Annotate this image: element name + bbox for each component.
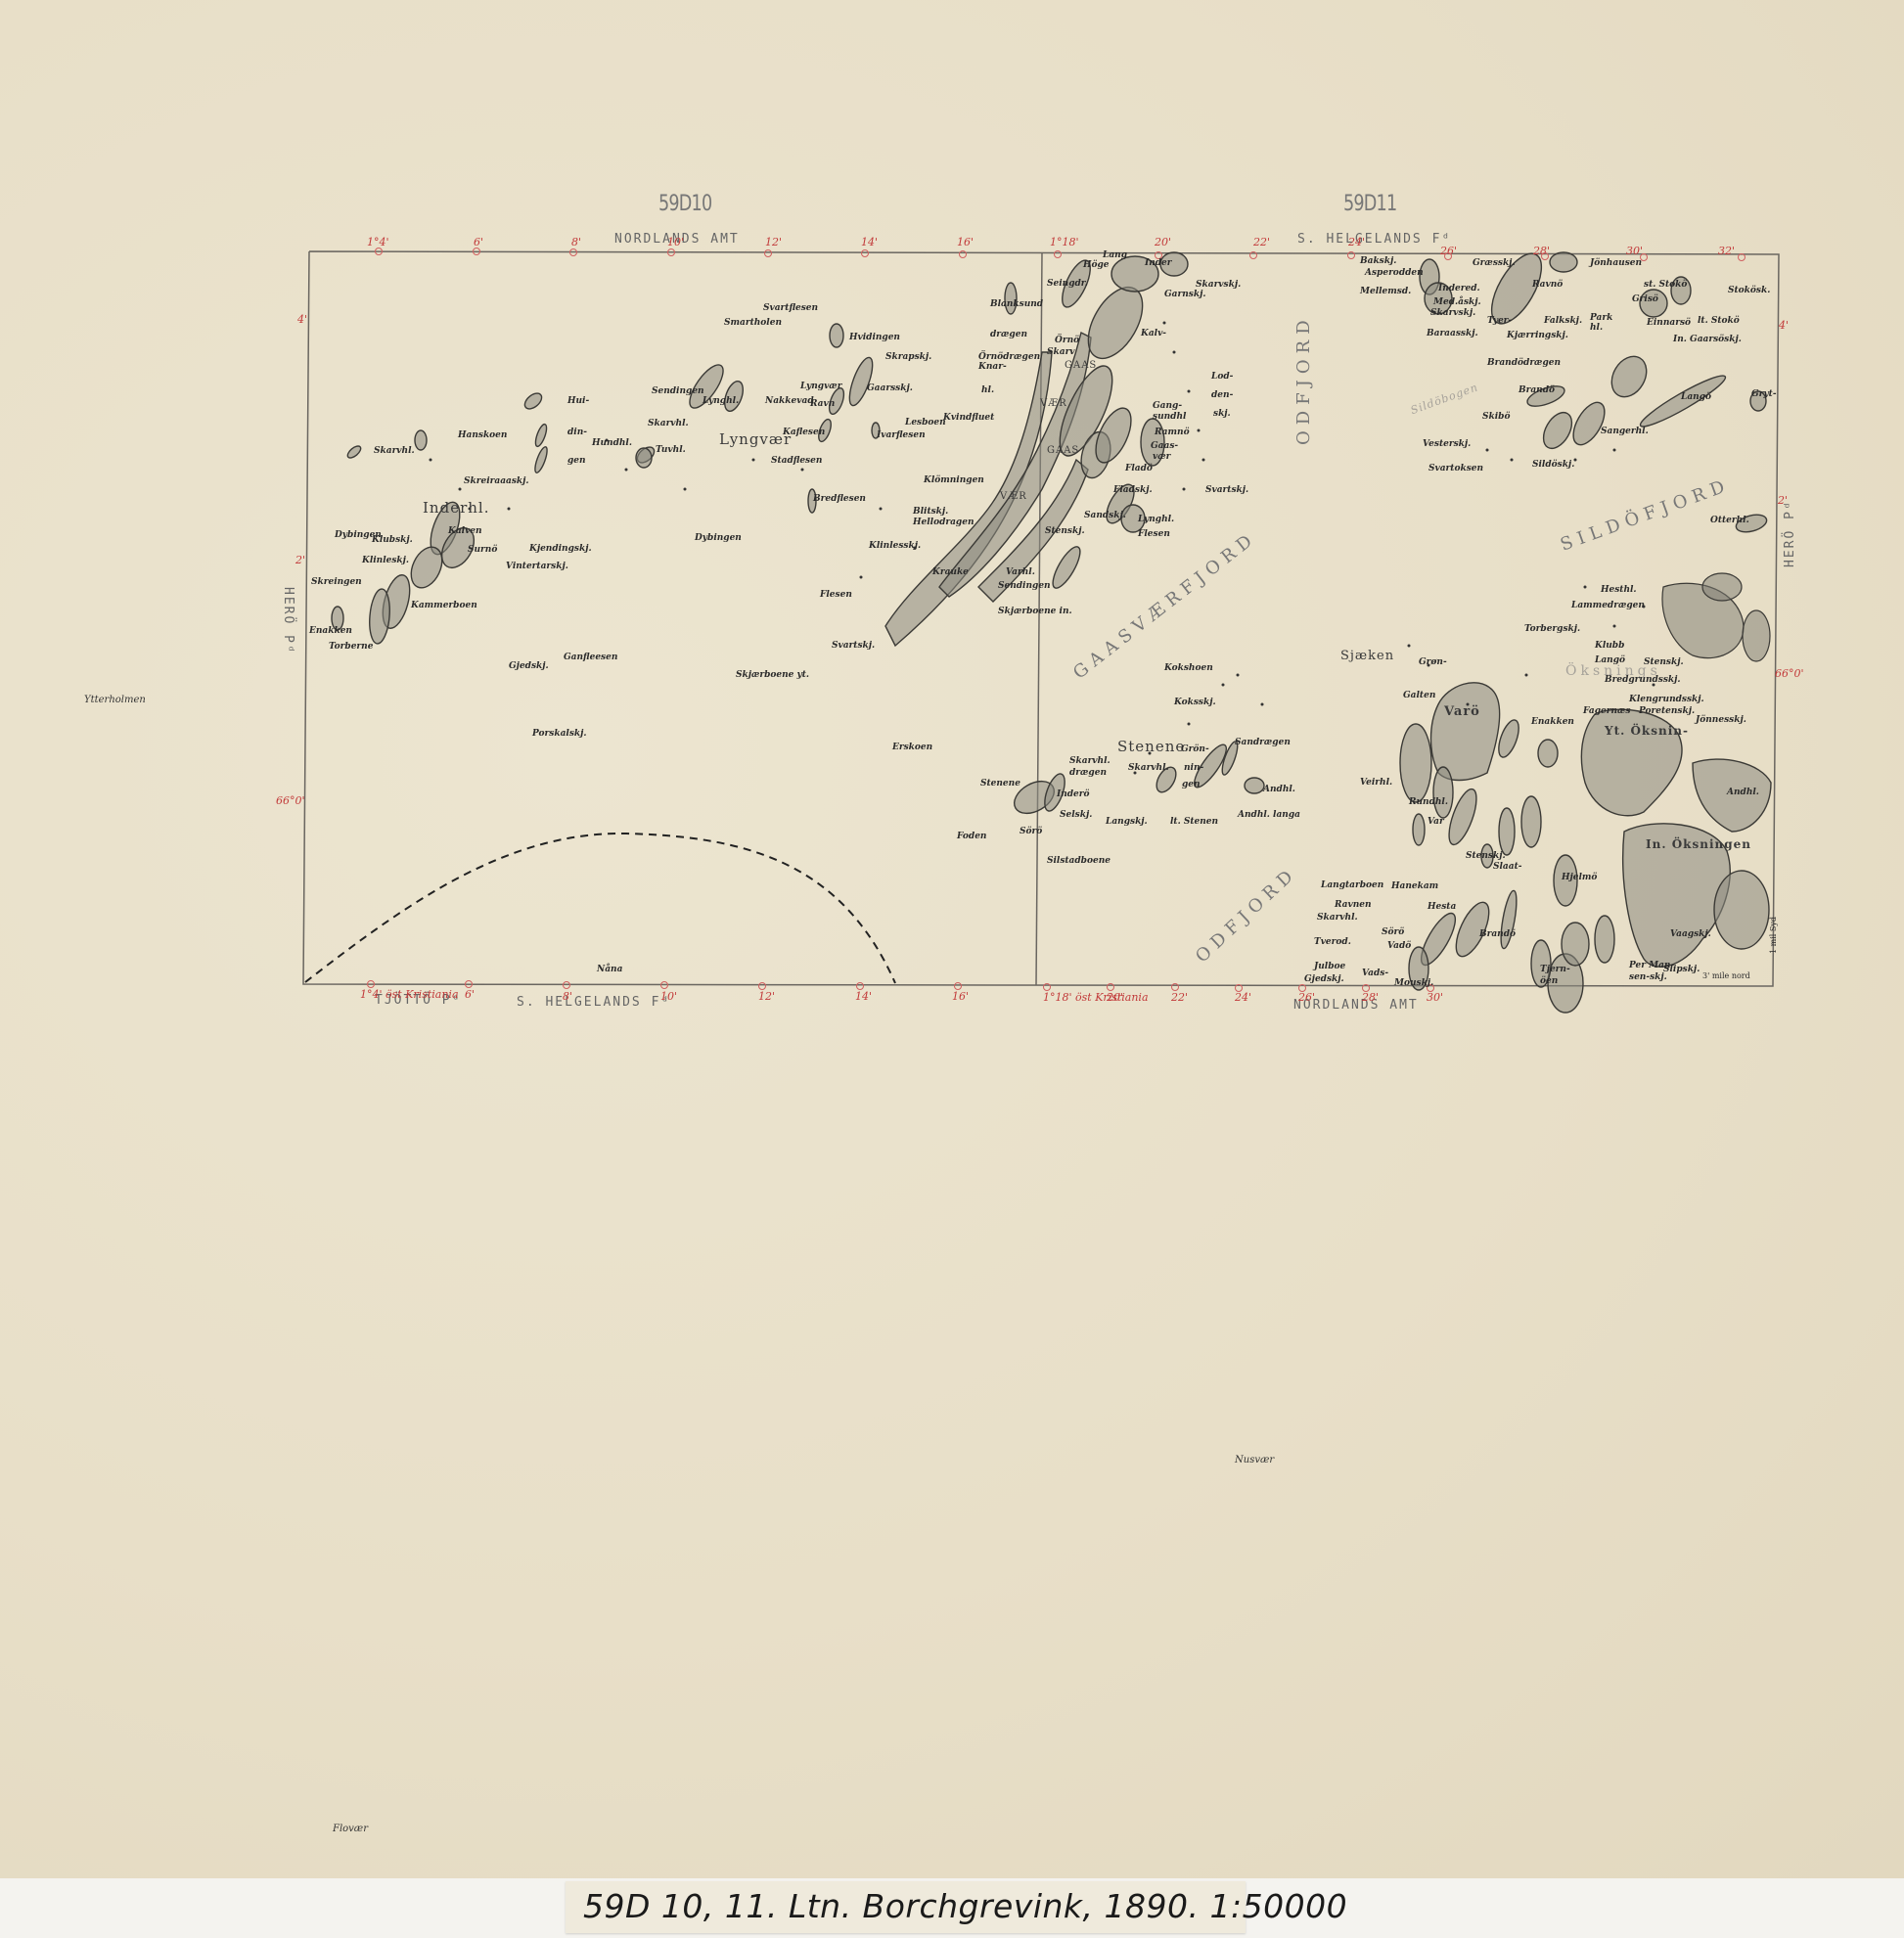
- place-label: Kaflesen: [783, 428, 825, 437]
- place-label: Flesen: [1138, 529, 1170, 539]
- place-label: Vadö: [1387, 941, 1411, 951]
- tick-label: 16': [952, 990, 969, 1003]
- place-label: Skreiraaaskj.: [464, 476, 529, 486]
- place-sjaeken: Sjæken: [1340, 649, 1394, 663]
- place-label: Örnö: [1055, 336, 1079, 345]
- place-label: Vintertarskj.: [506, 562, 568, 571]
- tick-label: 22': [1253, 236, 1270, 248]
- place-label: Jönhausen: [1590, 258, 1642, 268]
- place-label: Slipskj.: [1663, 965, 1700, 974]
- tick-label: 22': [1171, 991, 1188, 1004]
- outside-place-nusvaer: Nusvær: [1235, 1455, 1274, 1465]
- place-label: Kalven: [448, 526, 482, 536]
- place-label: Stadflesen: [771, 456, 822, 466]
- place-label: Kvindfluet: [943, 413, 994, 423]
- place-label: Stenskj.: [1045, 526, 1085, 536]
- place-label: Hesta: [1428, 902, 1456, 912]
- place-label: Langö: [1681, 392, 1711, 402]
- place-label: Indered.: [1438, 284, 1480, 293]
- place-label: Vads-: [1362, 969, 1388, 978]
- place-label: Hjelmö: [1562, 873, 1597, 882]
- place-label: din-: [567, 428, 587, 437]
- place-label: Skjærboene yt.: [736, 670, 809, 680]
- west-border-label: HERÖ Pᵈ: [281, 587, 295, 654]
- place-label: Hui-: [567, 396, 589, 406]
- east-tick-4: 4': [1779, 319, 1789, 332]
- place-label: Stenene: [980, 779, 1020, 789]
- place-label: Sandrægen: [1235, 738, 1291, 747]
- west-tick-66: 66°0': [276, 794, 305, 807]
- catalog-label-text: 59D 10, 11. Ltn. Borchgrevink, 1890. 1:5…: [583, 1887, 1347, 1925]
- place-label: Skarvhl.: [1069, 756, 1111, 766]
- place-label: Hellodragen: [913, 518, 975, 527]
- place-label: Bakskj.: [1360, 256, 1396, 266]
- place-label: Bredflesen: [813, 494, 866, 504]
- place-label: Inder: [1145, 258, 1172, 268]
- tick-label: 12': [758, 990, 775, 1003]
- place-label: Mellemsd.: [1360, 287, 1411, 296]
- place-label: Sörö: [1382, 927, 1404, 937]
- place-label: Blitskj.: [913, 507, 948, 517]
- place-label: Brandö: [1519, 385, 1555, 395]
- place-label: Varhl.: [1006, 567, 1035, 577]
- place-label: Gaarsskj.: [867, 383, 913, 393]
- place-label: Torbergskj.: [1524, 624, 1580, 634]
- place-label: Tverod.: [1314, 937, 1351, 947]
- place-label: Brandödrægen: [1487, 358, 1561, 368]
- place-label: Skarv: [1047, 347, 1075, 357]
- place-label: Skarvskj.: [1430, 308, 1475, 318]
- east-tick-2: 2': [1778, 494, 1788, 507]
- tick-label: 6': [465, 988, 475, 1001]
- place-label: gen: [567, 456, 586, 466]
- place-label: Vesterskj.: [1423, 439, 1471, 449]
- place-label: Skarvhl.: [1317, 913, 1358, 923]
- west-tick-4: 4': [297, 313, 307, 326]
- tick-label: 26': [1298, 991, 1315, 1004]
- place-label: Selskj.: [1060, 810, 1092, 820]
- tick-label: 8': [563, 990, 572, 1003]
- place-label: Lesboen: [905, 418, 946, 428]
- tick-label: 1°18': [1050, 236, 1079, 248]
- place-label: Skarvhl.: [374, 446, 415, 456]
- place-label: Blanksund: [990, 299, 1043, 309]
- place-in-oksningen: In. Öksningen: [1646, 837, 1751, 851]
- place-label: Grøn-: [1419, 657, 1447, 667]
- place-label: Gjedskj.: [1304, 974, 1344, 984]
- tick-label: 10': [667, 236, 684, 248]
- place-label: drægen: [990, 330, 1027, 339]
- place-label: Klinleskj.: [362, 556, 409, 565]
- place-gaas-north: GAAS: [1065, 360, 1097, 371]
- place-label: Brandö: [1479, 929, 1516, 939]
- place-label: hl.: [1590, 323, 1603, 333]
- place-label: skj.: [1213, 409, 1231, 419]
- place-label: Svartskj.: [1205, 485, 1248, 495]
- place-label: Fladö: [1125, 464, 1153, 473]
- place-label: Sendingen: [652, 386, 704, 396]
- place-label: Örnödrægen: [978, 352, 1040, 362]
- place-label: Lang: [1103, 250, 1127, 260]
- place-label: Gang-: [1153, 401, 1182, 411]
- dashed-boundary-curve: [305, 834, 895, 983]
- place-label: Stokösk.: [1728, 286, 1770, 295]
- place-label: Mouskj.: [1394, 978, 1433, 988]
- place-label: sen-skj.: [1629, 972, 1667, 982]
- place-label: Stenskj.: [1466, 851, 1506, 861]
- place-label: Lyngvær: [800, 382, 841, 391]
- place-label: Svartoksen: [1428, 464, 1483, 473]
- place-label: Klengrundsskj.: [1629, 695, 1704, 704]
- sheet-id-59d10: 59D10: [658, 192, 711, 216]
- place-label: Falkskj.: [1544, 316, 1582, 326]
- place-lyngvaer: Lyngvær: [719, 430, 792, 448]
- tick-label: 8': [571, 236, 581, 248]
- place-label: Gaas-: [1151, 441, 1178, 451]
- place-label: Sangerhl.: [1601, 427, 1649, 436]
- place-stenene: Stenene: [1117, 738, 1185, 755]
- place-label: Surnö: [468, 545, 497, 555]
- place-label: Gryt-: [1751, 389, 1777, 399]
- place-label: Gjedskj.: [509, 661, 549, 671]
- east-tick-66: 66°0': [1775, 667, 1804, 680]
- place-label: Veirhl.: [1360, 778, 1392, 788]
- place-label: vær: [1153, 452, 1170, 462]
- tick-label: 14': [861, 236, 878, 248]
- place-label: Langtarboen: [1321, 880, 1383, 890]
- tick-label: 28': [1362, 991, 1379, 1004]
- place-label: Skarvhl.: [648, 419, 689, 428]
- tick-label: 12': [765, 236, 782, 248]
- tick-label: 20': [1155, 236, 1171, 248]
- place-label: Vaagskj.: [1670, 929, 1711, 939]
- place-label: Porskalskj.: [532, 729, 587, 739]
- place-label: Fagernæs: [1583, 706, 1631, 716]
- place-label: Erskoen: [892, 743, 932, 752]
- place-label: Enakken: [1531, 717, 1574, 727]
- place-label: Silstadboene: [1047, 856, 1111, 866]
- place-label: Var: [1428, 817, 1444, 827]
- outside-place-ytterholmen: Ytterholmen: [84, 695, 146, 705]
- place-gaas-south: GAAS: [1047, 445, 1079, 456]
- place-label: Andhl.: [1263, 785, 1295, 794]
- place-label: Ganfleesen: [564, 653, 617, 662]
- place-label: Skibö: [1482, 412, 1510, 422]
- tick-label: 24': [1235, 991, 1251, 1004]
- place-label: Inderö: [1057, 789, 1090, 799]
- tick-label: 1°18' öst Kristiania: [1043, 991, 1149, 1004]
- place-label: Asperodden: [1365, 268, 1424, 278]
- place-label: Seingdr.: [1047, 279, 1088, 289]
- place-label: Skjærboene in.: [998, 607, 1072, 616]
- place-inderhl: Inderhl.: [423, 499, 489, 517]
- place-yt-oksningen: Yt. Öksnin-: [1605, 724, 1689, 738]
- place-label: Krauke: [932, 567, 969, 577]
- place-label: Kammerboen: [411, 601, 477, 610]
- place-label: Tyer-: [1487, 316, 1512, 326]
- corner-note: 3' mile nord: [1702, 971, 1750, 980]
- place-label: Baraasskj.: [1427, 329, 1478, 338]
- place-label: Langskj.: [1106, 817, 1148, 827]
- place-label: Langö: [1595, 655, 1625, 665]
- place-label: Lammedrægen: [1571, 601, 1645, 610]
- place-label: Flesen: [820, 590, 852, 600]
- place-label: Foden: [957, 832, 986, 841]
- place-label: Kjærringskj.: [1507, 331, 1568, 340]
- place-label: Galten: [1403, 691, 1435, 700]
- place-label: Tuvhl.: [656, 445, 686, 455]
- scale-note: 1 mil Syd: [1769, 917, 1778, 954]
- south-border-label-left: S. HELGELANDS Fᵈ: [517, 995, 670, 1010]
- place-label: Grön-: [1181, 744, 1209, 754]
- sheet-id-59d11: 59D11: [1343, 192, 1396, 216]
- place-label: Poretenskj.: [1639, 706, 1695, 716]
- place-label: den-: [1211, 390, 1233, 400]
- place-label: Ivarflesen: [877, 430, 926, 440]
- place-label: Koksskj.: [1174, 698, 1216, 707]
- place-varo: Varö: [1444, 704, 1480, 719]
- place-label: Skrapskj.: [885, 352, 931, 362]
- place-label: Lod-: [1211, 372, 1233, 382]
- place-label: Slaat-: [1493, 862, 1521, 872]
- place-label: Rundhl.: [1409, 797, 1448, 807]
- place-label: öen: [1540, 976, 1558, 986]
- place-label: Ravnö: [1532, 280, 1563, 290]
- place-label: lt. Stenen: [1170, 817, 1218, 827]
- place-label: Klubb: [1595, 641, 1624, 651]
- place-label: Ravn: [810, 399, 835, 409]
- place-label: Tjern-: [1540, 965, 1570, 974]
- place-label: Garnskj.: [1164, 290, 1206, 299]
- place-label: Enakken: [309, 626, 352, 636]
- place-label: sundhl: [1153, 412, 1186, 422]
- place-label: Hanekam: [1391, 881, 1438, 891]
- place-label: gen: [1182, 780, 1201, 789]
- place-label: hl.: [981, 385, 994, 395]
- place-label: Lynghl.: [703, 396, 739, 406]
- place-label: Dybingen: [695, 533, 742, 543]
- place-label: Lynghl.: [1138, 515, 1174, 524]
- place-label: Hvidingen: [849, 333, 900, 342]
- north-border-label-right: S. HELGELANDS Fᵈ: [1297, 232, 1451, 247]
- place-label: Klömningen: [924, 475, 984, 485]
- place-label: Klubskj.: [372, 535, 413, 545]
- place-label: Svartflesen: [763, 303, 818, 313]
- place-label: Fladskj.: [1113, 485, 1153, 495]
- place-label: Torberne: [329, 642, 373, 652]
- place-label: Bredgrundsskj.: [1605, 675, 1681, 685]
- place-label: Hundhl.: [592, 438, 632, 448]
- tick-label: 1°4' öst Kristiania: [360, 988, 459, 1001]
- place-label: Svartskj.: [832, 641, 875, 651]
- tick-label: 20': [1107, 991, 1123, 1004]
- fjord-label-odfjord-north: ODFJORD: [1293, 314, 1314, 445]
- tick-label: 32': [1718, 245, 1735, 257]
- west-tick-2: 2': [295, 554, 305, 566]
- place-label: Nakkevad: [765, 396, 814, 406]
- place-label: Otterhl.: [1710, 516, 1749, 525]
- place-label: Sendingen: [998, 581, 1051, 591]
- place-label: Kalv-: [1141, 329, 1166, 338]
- east-border-label: HERÖ Pᵈ: [1783, 500, 1797, 567]
- place-label: Andhl.: [1727, 788, 1759, 797]
- place-label: Stenskj.: [1644, 657, 1684, 667]
- place-label: Smartholen: [724, 318, 782, 328]
- place-label: drægen: [1069, 768, 1107, 778]
- place-label: Knar-: [978, 362, 1007, 372]
- place-vaer-south: VÆR: [1000, 491, 1027, 502]
- place-label: Skarvskj.: [1196, 280, 1241, 290]
- place-label: Grisö: [1632, 294, 1658, 304]
- place-label: lt. Stokö: [1698, 316, 1740, 326]
- place-label: Andhl. langa: [1238, 810, 1300, 820]
- map-graphics: [0, 0, 1904, 1938]
- place-label: Jönnesskj.: [1696, 715, 1746, 725]
- place-label: Hanskoen: [458, 430, 507, 440]
- place-label: nin-: [1184, 763, 1203, 773]
- place-label: Med.åskj.: [1433, 297, 1481, 307]
- place-label: Klinlesskj.: [869, 541, 921, 551]
- place-label: st. Stokö: [1644, 280, 1687, 290]
- place-label: Park: [1590, 313, 1612, 323]
- tick-label: 10': [660, 990, 677, 1003]
- place-nana: Nåna: [597, 965, 622, 974]
- place-label: Hesthl.: [1601, 585, 1637, 595]
- place-label: Skreingen: [311, 577, 362, 587]
- place-label: Ravnen: [1335, 900, 1372, 910]
- place-label: Skarvhl.: [1128, 763, 1169, 773]
- tick-label: 24': [1348, 236, 1365, 248]
- outside-place-flovaer: Flovær: [333, 1824, 368, 1834]
- place-label: Einnarsö: [1647, 318, 1691, 328]
- place-label: Ramnö: [1155, 428, 1190, 437]
- place-label: Sandskj.: [1084, 511, 1126, 520]
- tick-label: 16': [957, 236, 974, 248]
- catalog-label: 59D 10, 11. Ltn. Borchgrevink, 1890. 1:5…: [566, 1881, 1246, 1933]
- place-label: Kjendingskj.: [529, 544, 592, 554]
- place-label: Höge: [1083, 260, 1110, 270]
- place-label: Sildöskj.: [1532, 460, 1574, 470]
- place-vaer-north: VÆR: [1040, 398, 1067, 409]
- tick-label: 30': [1427, 991, 1443, 1004]
- place-label: Kokshoen: [1164, 663, 1213, 673]
- place-label: In. Gaarsöskj.: [1673, 335, 1742, 344]
- place-label: Græsskj.: [1473, 258, 1516, 268]
- place-label: Sörö: [1020, 827, 1042, 836]
- place-label: Julboe: [1314, 962, 1345, 971]
- tick-label: 14': [855, 990, 872, 1003]
